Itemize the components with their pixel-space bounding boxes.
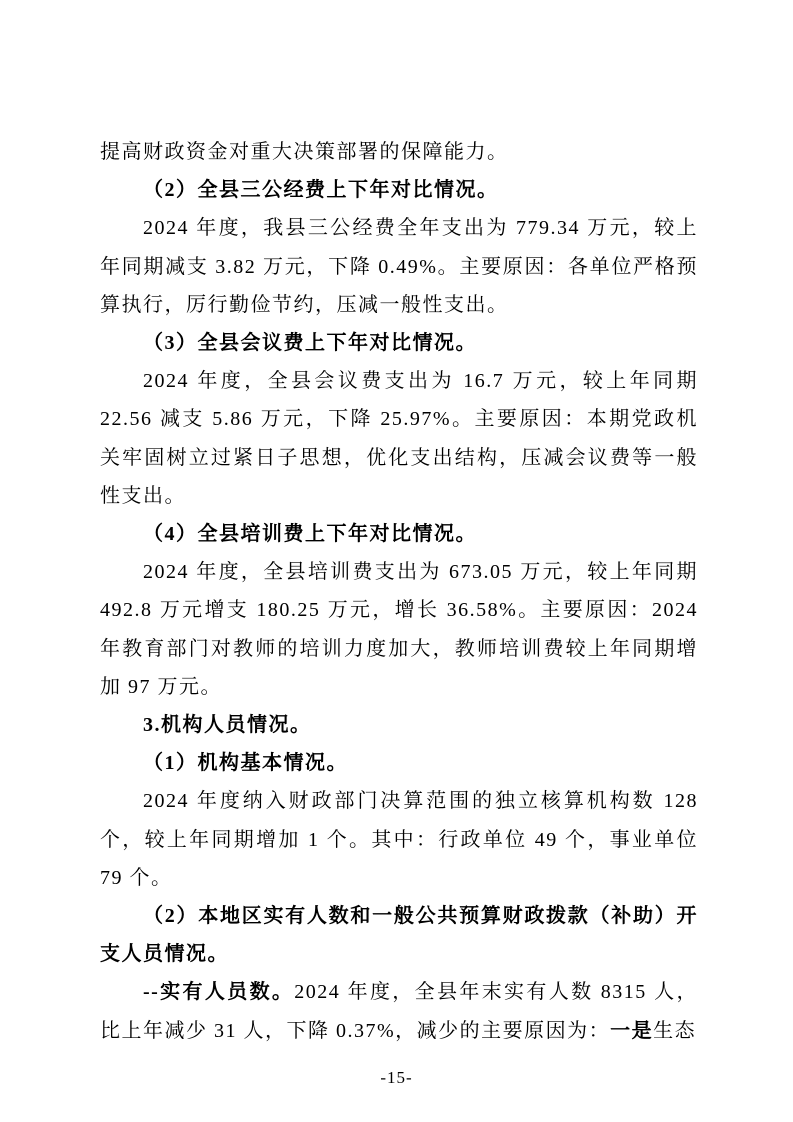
paragraph-org-basic: 2024 年度纳入财政部门决算范围的独立核算机构数 128 个，较上年同期增加 … bbox=[100, 782, 698, 897]
headcount-text-2: 生态 bbox=[653, 1020, 696, 1042]
section-heading-meeting-fee: （3）全县会议费上下年对比情况。 bbox=[100, 324, 698, 362]
page-content: 提高财政资金对重大决策部署的保障能力。 （2）全县三公经费上下年对比情况。 20… bbox=[100, 133, 698, 1050]
paragraph-continuation: 提高财政资金对重大决策部署的保障能力。 bbox=[100, 133, 698, 171]
paragraph-headcount: --实有人员数。2024 年度，全县年末实有人数 8315 人，比上年减少 31… bbox=[100, 973, 698, 1049]
section-heading-org-personnel: 3.机构人员情况。 bbox=[100, 706, 698, 744]
section-heading-training-fee: （4）全县培训费上下年对比情况。 bbox=[100, 515, 698, 553]
section-heading-org-basic: （1）机构基本情况。 bbox=[100, 744, 698, 782]
headcount-label: --实有人员数。 bbox=[143, 981, 294, 1003]
section-heading-san-gong: （2）全县三公经费上下年对比情况。 bbox=[100, 171, 698, 209]
document-page: 提高财政资金对重大决策部署的保障能力。 （2）全县三公经费上下年对比情况。 20… bbox=[0, 0, 793, 1122]
paragraph-training-fee: 2024 年度，全县培训费支出为 673.05 万元，较上年同期 492.8 万… bbox=[100, 553, 698, 706]
headcount-emphasis: 一是 bbox=[610, 1020, 653, 1042]
paragraph-san-gong: 2024 年度，我县三公经费全年支出为 779.34 万元，较上年同期减支 3.… bbox=[100, 209, 698, 324]
paragraph-meeting-fee: 2024 年度，全县会议费支出为 16.7 万元，较上年同期 22.56 减支 … bbox=[100, 362, 698, 515]
section-heading-headcount: （2）本地区实有人数和一般公共预算财政拨款（补助）开支人员情况。 bbox=[100, 897, 698, 973]
page-number: -15- bbox=[0, 1068, 793, 1088]
